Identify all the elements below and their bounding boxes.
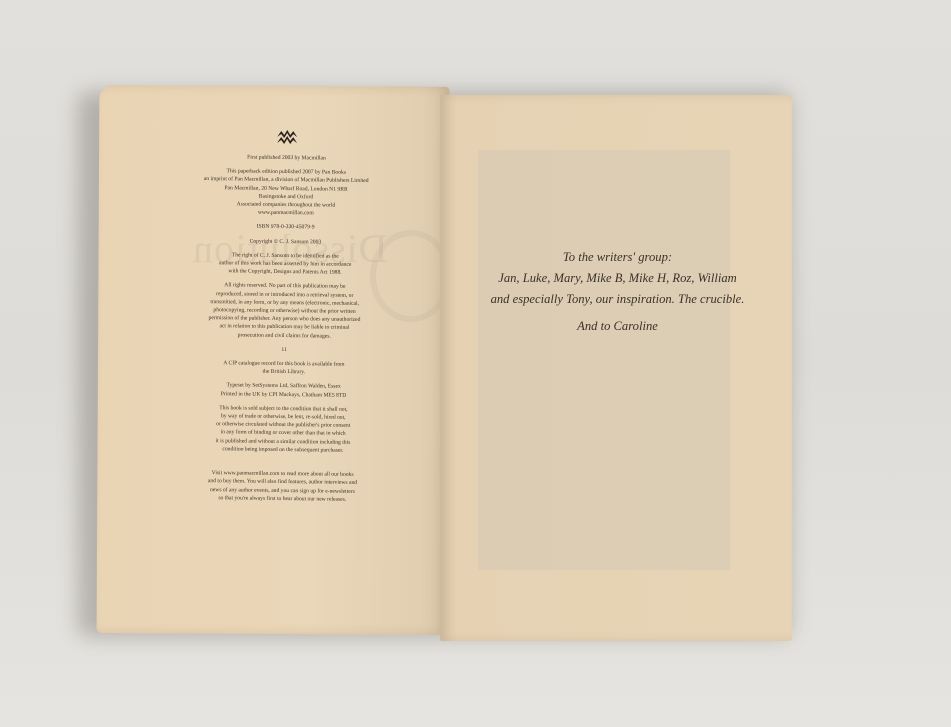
dedication-line: and especially Tony, our inspiration. Th…: [455, 289, 780, 310]
rights-line: prosecution and civil claims for damages…: [162, 330, 407, 341]
publisher-website: www.panmacmillan.com: [163, 208, 408, 219]
visit-line: so that you're always first to hear abou…: [160, 493, 405, 504]
print-number: 11: [162, 344, 407, 355]
visit-block: Visit www.panmacmillan.com to read more …: [160, 469, 405, 505]
condition-block: This book is sold subject to the conditi…: [160, 403, 406, 455]
dedication: To the writers' group: Jan, Luke, Mary, …: [455, 247, 780, 337]
moral-rights-block: The right of C. J. Sansom to be identifi…: [163, 250, 408, 278]
isbn: ISBN 978-0-330-45079-9: [163, 222, 408, 233]
moral-rights-line: with the Copyright, Designs and Patents …: [163, 267, 408, 278]
first-published-line: First published 2003 by Macmillan: [164, 153, 409, 164]
macmillan-logo-icon: [276, 128, 298, 146]
condition-line: condition being imposed on the subsequen…: [160, 444, 405, 455]
printer-line: Printed in the UK by CPI Mackays, Chatha…: [161, 389, 406, 400]
show-through-frame: [478, 150, 730, 570]
cip-block: A CIP catalogue record for this book is …: [161, 359, 406, 378]
dedication-line: Jan, Luke, Mary, Mike B, Mike H, Roz, Wi…: [455, 268, 780, 289]
dedication-line: To the writers' group:: [455, 247, 780, 268]
typeset-block: Typeset by SetSystems Ltd, Saffron Walde…: [161, 381, 406, 400]
dedication-closing: And to Caroline: [455, 316, 780, 337]
cip-line: the British Library.: [161, 367, 406, 378]
rights-reserved-block: All rights reserved. No part of this pub…: [162, 281, 408, 341]
paperback-block: This paperback edition published 2007 by…: [163, 167, 409, 219]
copyright-page: First published 2003 by Macmillan This p…: [160, 127, 410, 511]
copyright-notice: Copyright © C. J. Sansom 2003: [163, 236, 408, 247]
